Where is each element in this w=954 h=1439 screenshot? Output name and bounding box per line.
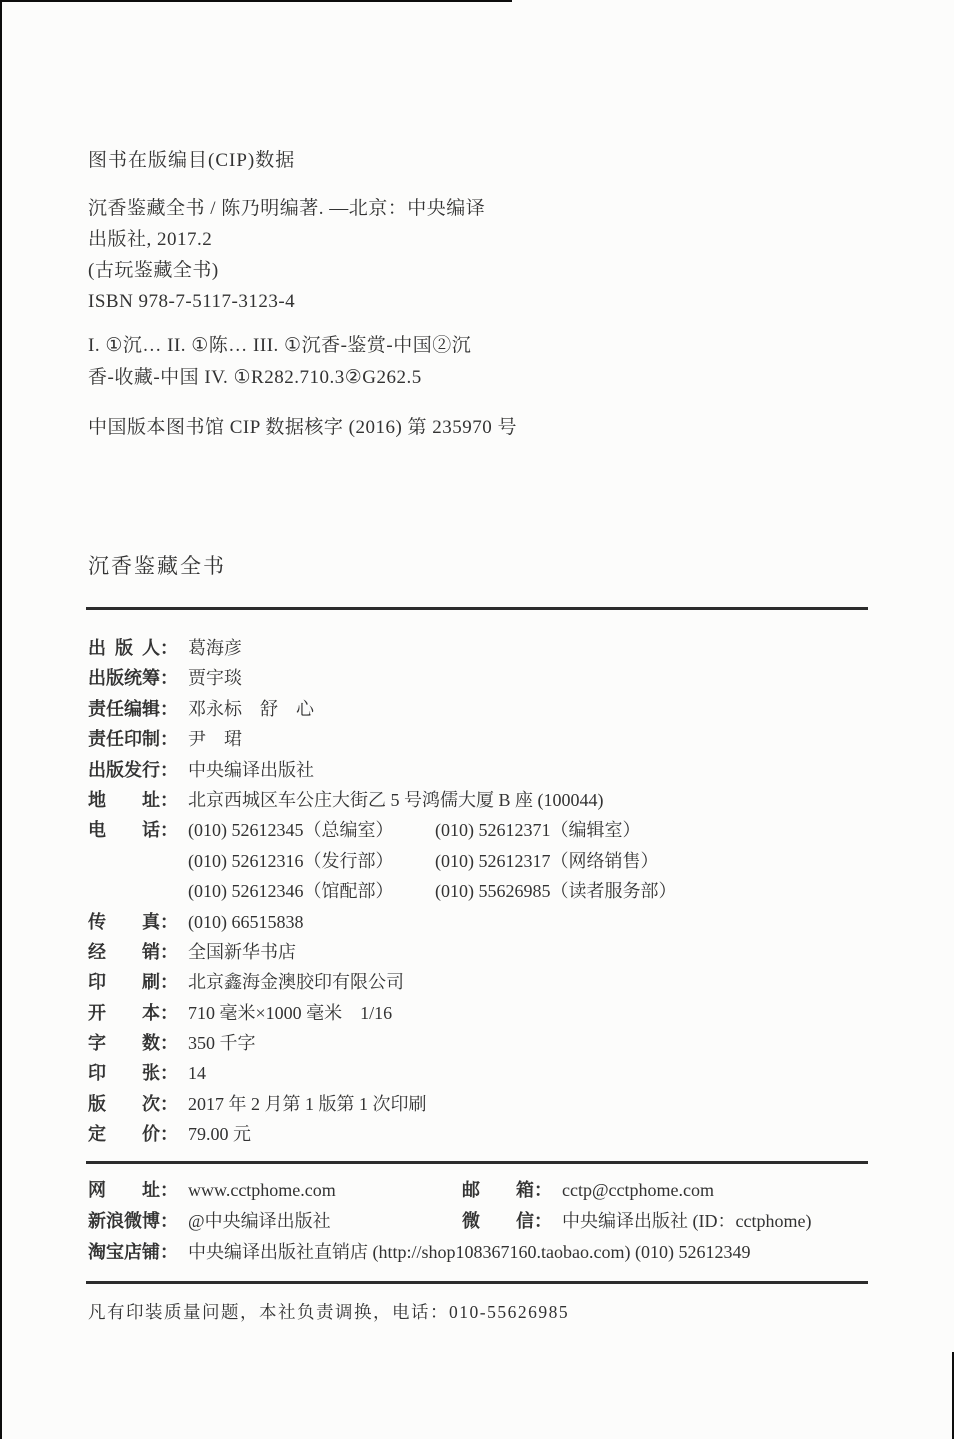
quality-note: 凡有印装质量问题，本社负责调换，电话：010-55626985 [88, 1297, 569, 1327]
row-value: 北京鑫海金澳胶印有限公司 [188, 972, 404, 992]
phone-col1: (010) 52612346（馆配部） [188, 876, 435, 906]
contact-block: 网址：www.cctphome.com邮箱：cctp@cctphome.com … [88, 1175, 811, 1268]
row-label: 印刷 [88, 967, 160, 997]
row-colon: ： [160, 820, 178, 840]
row-colon: ： [160, 790, 178, 810]
row-colon: ： [160, 912, 178, 932]
row-label: 新浪微博 [88, 1206, 160, 1237]
row-colon: ： [160, 729, 178, 749]
row-label: 出版统筹 [88, 663, 160, 693]
colophon-row-format: 开本：710 毫米×1000 毫米 1/16 [88, 998, 677, 1028]
cip-classification-line: 香-收藏-中国 IV. ①R282.710.3②G262.5 [88, 362, 471, 394]
isbn-line: ISBN 978-7-5117-3123-4 [88, 286, 485, 317]
colophon-row-price: 定价：79.00 元 [88, 1119, 677, 1149]
row-value: 79.00 元 [188, 1124, 251, 1144]
copyright-page: 图书在版编目(CIP)数据 沉香鉴藏全书 / 陈乃明编著. —北京：中央编译 出… [0, 0, 954, 1439]
row-value: 710 毫米×1000 毫米 1/16 [188, 1003, 392, 1023]
row-label: 出版人 [88, 633, 160, 663]
row-colon: ： [160, 1242, 178, 1262]
colophon-row-editors: 责任编辑：邓永标 舒 心 [88, 694, 677, 724]
contact-row-taobao: 淘宝店铺：中央编译出版社直销店 (http://shop108367160.ta… [88, 1237, 811, 1268]
contact-left-cell: 新浪微博：@中央编译出版社 [88, 1206, 462, 1237]
row-value: 2017 年 2 月第 1 版第 1 次印刷 [188, 1094, 427, 1114]
colophon-row-word-count: 字数：350 千字 [88, 1028, 677, 1058]
row-colon: ： [160, 1211, 178, 1231]
colophon-row-address: 地址：北京西城区车公庄大街乙 5 号鸿儒大厦 B 座 (100044) [88, 785, 677, 815]
cip-entry: 沉香鉴藏全书 / 陈乃明编著. —北京：中央编译 出版社, 2017.2 (古玩… [88, 193, 485, 317]
row-colon: ： [160, 1063, 178, 1083]
row-label: 责任印制 [88, 724, 160, 754]
row-label: 字数 [88, 1028, 160, 1058]
row-label: 邮箱 [462, 1175, 534, 1206]
phone-col2: (010) 55626985（读者服务部） [435, 881, 677, 901]
row-value: 北京西城区车公庄大街乙 5 号鸿儒大厦 B 座 (100044) [188, 790, 604, 810]
row-value: 葛海彦 [188, 638, 242, 658]
row-value: (010) 66515838 [188, 912, 304, 932]
scan-edge-artifact-top [0, 0, 512, 2]
row-colon: ： [160, 1124, 178, 1144]
taobao-value: 中央编译出版社直销店 (http://shop108367160.taobao.… [188, 1242, 750, 1262]
colophon-row-coordinator: 出版统筹：贾宇琰 [88, 663, 677, 693]
divider-line [86, 607, 868, 610]
contact-row-web-email: 网址：www.cctphome.com邮箱：cctp@cctphome.com [88, 1175, 811, 1206]
row-label: 印张 [88, 1058, 160, 1088]
row-colon: ： [160, 972, 178, 992]
row-colon: ： [160, 638, 178, 658]
colophon-row-distribution: 经销：全国新华书店 [88, 937, 677, 967]
cip-classification: I. ①沉… II. ①陈… III. ①沉香-鉴赏-中国②沉 香-收藏-中国 … [88, 330, 471, 393]
row-label: 责任编辑 [88, 694, 160, 724]
contact-right-cell: 邮箱：cctp@cctphome.com [462, 1180, 714, 1200]
row-label: 经销 [88, 937, 160, 967]
row-label: 版次 [88, 1089, 160, 1119]
contact-left-cell: 网址：www.cctphome.com [88, 1175, 462, 1206]
phone-col1: (010) 52612345（总编室） [188, 815, 435, 845]
row-value: 14 [188, 1063, 206, 1083]
phone-col1: (010) 52612316（发行部） [188, 846, 435, 876]
row-colon: ： [160, 942, 178, 962]
colophon-row-print-supervisor: 责任印制：尹 珺 [88, 724, 677, 754]
row-colon: ： [160, 668, 178, 688]
divider-line [86, 1161, 868, 1164]
row-colon: ： [534, 1211, 552, 1231]
cip-classification-line: I. ①沉… II. ①陈… III. ①沉香-鉴赏-中国②沉 [88, 330, 471, 362]
colophon-row-publisher: 出版人：葛海彦 [88, 633, 677, 663]
wechat-value: 中央编译出版社 (ID：cctphome) [562, 1211, 811, 1231]
cip-record-number: 中国版本图书馆 CIP 数据核字 (2016) 第 235970 号 [88, 413, 517, 443]
divider-line [86, 1281, 868, 1284]
colophon-row-printer: 印刷：北京鑫海金澳胶印有限公司 [88, 967, 677, 997]
row-value: 350 千字 [188, 1033, 256, 1053]
phone-col2: (010) 52612317（网络销售） [435, 851, 659, 871]
row-colon: ： [160, 1003, 178, 1023]
row-label: 开本 [88, 998, 160, 1028]
email-value: cctp@cctphome.com [562, 1180, 714, 1200]
colophon-row-fax: 传真：(010) 66515838 [88, 907, 677, 937]
row-label: 淘宝店铺 [88, 1237, 160, 1268]
book-title: 沉香鉴藏全书 [88, 551, 226, 581]
cip-entry-line: 出版社, 2017.2 [88, 224, 485, 255]
colophon-row-edition: 版次：2017 年 2 月第 1 版第 1 次印刷 [88, 1089, 677, 1119]
cip-header: 图书在版编目(CIP)数据 [88, 146, 295, 176]
row-label: 出版发行 [88, 755, 160, 785]
colophon-row-publishing-house: 出版发行：中央编译出版社 [88, 755, 677, 785]
row-colon: ： [160, 1094, 178, 1114]
row-label: 传真 [88, 907, 160, 937]
colophon-row-phone-cont: (010) 52612316（发行部）(010) 52612317（网络销售） [88, 846, 677, 876]
row-value: 邓永标 舒 心 [188, 699, 314, 719]
row-colon: ： [160, 699, 178, 719]
row-label: 电话 [88, 815, 160, 845]
row-value: 尹 珺 [188, 729, 242, 749]
row-value: 全国新华书店 [188, 942, 296, 962]
colophon: 出版人：葛海彦 出版统筹：贾宇琰 责任编辑：邓永标 舒 心 责任印制：尹 珺 出… [88, 633, 677, 1150]
contact-row-weibo-wechat: 新浪微博：@中央编译出版社微信：中央编译出版社 (ID：cctphome) [88, 1206, 811, 1237]
row-label: 网址 [88, 1175, 160, 1206]
cip-entry-line: (古玩鉴藏全书) [88, 255, 485, 286]
row-label: 地址 [88, 785, 160, 815]
row-label: 微信 [462, 1206, 534, 1237]
scan-edge-artifact-left [0, 0, 2, 1439]
website-value: www.cctphome.com [188, 1180, 336, 1200]
row-label: 定价 [88, 1119, 160, 1149]
colophon-row-phone: 电话：(010) 52612345（总编室）(010) 52612371（编辑室… [88, 815, 677, 845]
weibo-value: @中央编译出版社 [188, 1211, 331, 1231]
colophon-row-phone-cont: (010) 52612346（馆配部）(010) 55626985（读者服务部） [88, 876, 677, 906]
row-value: 贾宇琰 [188, 668, 242, 688]
contact-right-cell: 微信：中央编译出版社 (ID：cctphome) [462, 1211, 811, 1231]
row-colon: ： [534, 1180, 552, 1200]
colophon-row-sheets: 印张：14 [88, 1058, 677, 1088]
row-colon: ： [160, 1033, 178, 1053]
phone-col2: (010) 52612371（编辑室） [435, 820, 641, 840]
cip-entry-line: 沉香鉴藏全书 / 陈乃明编著. —北京：中央编译 [88, 193, 485, 224]
row-colon: ： [160, 1180, 178, 1200]
row-value: 中央编译出版社 [188, 760, 314, 780]
row-colon: ： [160, 760, 178, 780]
